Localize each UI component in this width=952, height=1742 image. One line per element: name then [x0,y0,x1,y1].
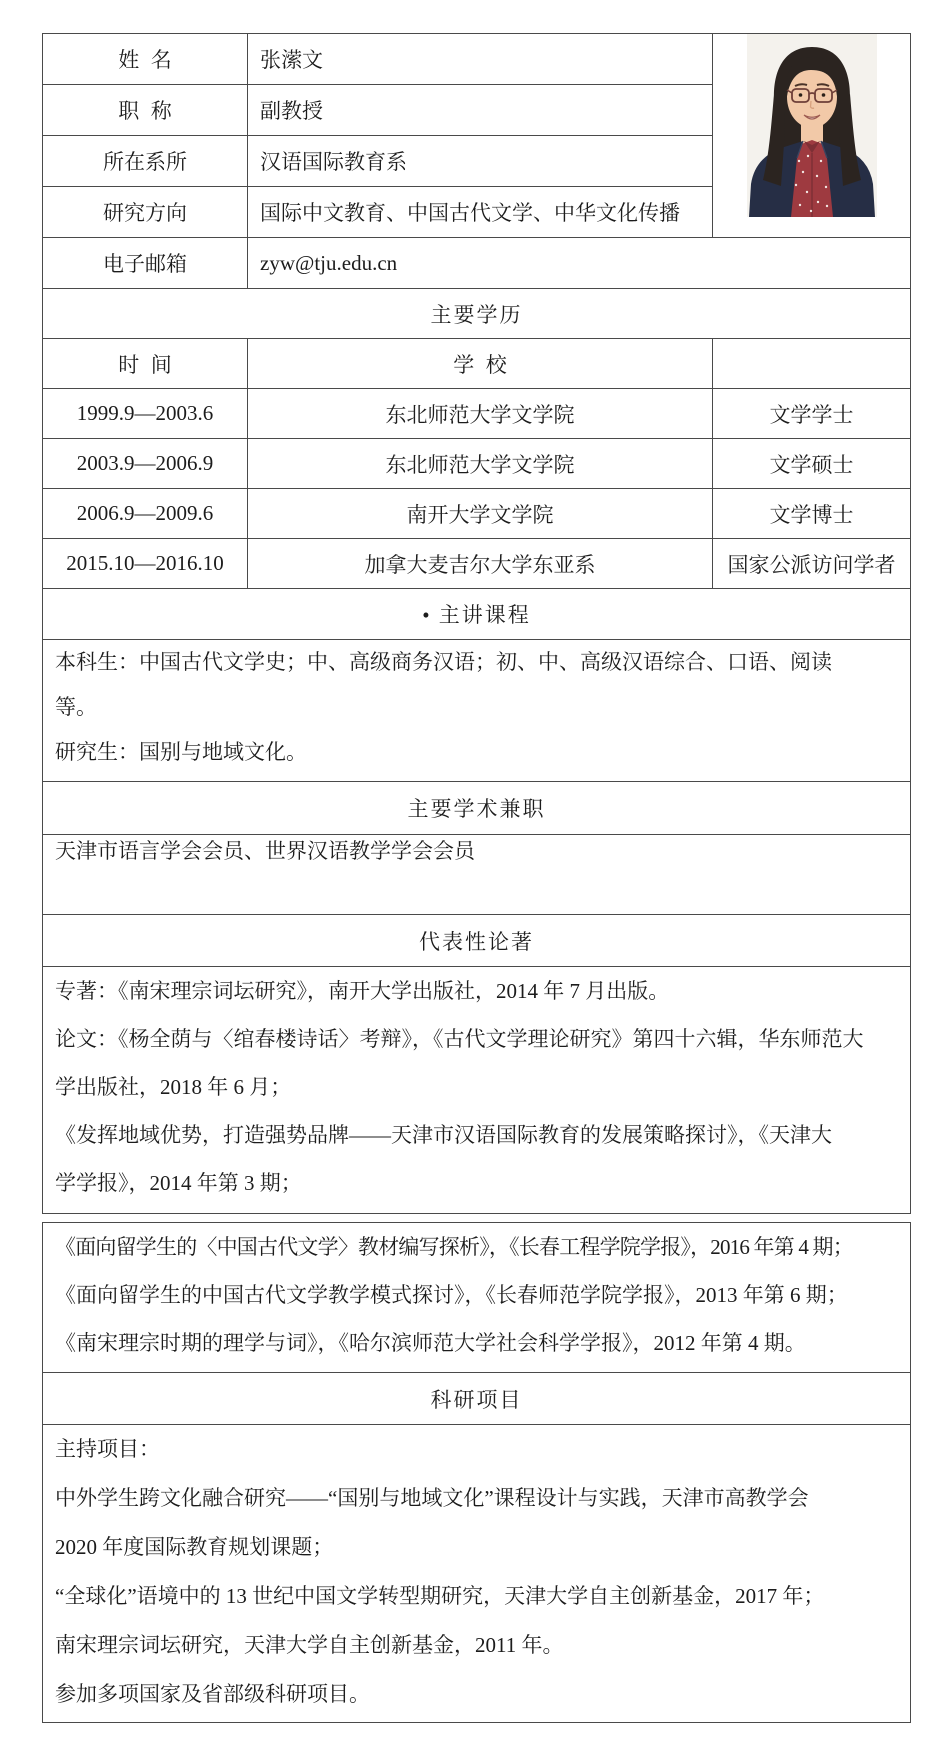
education-time: 2003.9—2006.9 [43,439,248,489]
section-header-publications: 代表性论著 [43,915,911,967]
education-result: 文学硕士 [713,439,911,489]
faculty-profile-page: 姓名 张潆文 [42,33,910,1723]
section-header-projects: 科研项目 [43,1373,911,1425]
project-line: 参加多项国家及省部级科研项目。 [55,1670,898,1719]
table-row: 电子邮箱 zyw@tju.edu.cn [43,238,911,289]
section-header-education: 主要学历 [43,289,911,339]
courses-line: 等。 [55,685,898,730]
table-section-gap [42,1214,910,1222]
table-row: 主要学历 [43,289,911,339]
education-row: 2003.9—2006.9 东北师范大学文学院 文学硕士 [43,439,911,489]
courses-text: 本科生：中国古代文学史；中、高级商务汉语；初、中、高级汉语综合、口语、阅读 等。… [43,640,911,782]
table-row: 《面向留学生的〈中国古代文学〉教材编写探析》，《长春工程学院学报》，2016 年… [43,1223,911,1373]
section-header-memberships: 主要学术兼职 [43,782,911,835]
publication-line: 专著：《南宋理宗词坛研究》，南开大学出版社，2014 年 7 月出版。 [55,967,898,1015]
table-row: 代表性论著 [43,915,911,967]
email-label: 电子邮箱 [43,238,248,289]
profile-table-continued: 《面向留学生的〈中国古代文学〉教材编写探析》，《长春工程学院学报》，2016 年… [42,1222,911,1723]
education-time: 1999.9—2003.6 [43,389,248,439]
table-row: 时间 学校 [43,339,911,389]
section-header-courses: • 主讲课程 [43,589,911,640]
portrait-photo [747,34,877,217]
education-result: 文学博士 [713,489,911,539]
table-row: 天津市语言学会会员、世界汉语教学学会会员 [43,835,911,915]
publication-line: 学学报》，2014 年第 3 期； [55,1159,898,1207]
photo-cell [713,34,911,238]
publication-line: 《发挥地域优势，打造强势品牌——天津市汉语国际教育的发展策略探讨》，《天津大 [55,1111,898,1159]
table-row: 科研项目 [43,1373,911,1425]
department-label: 所在系所 [43,136,248,187]
education-school: 东北师范大学文学院 [248,389,713,439]
education-header-school: 学校 [248,339,713,389]
name-value: 张潆文 [248,34,713,85]
courses-line: 本科生：中国古代文学史；中、高级商务汉语；初、中、高级汉语综合、口语、阅读 [55,640,898,685]
table-row: 姓名 张潆文 [43,34,911,85]
education-header-result [713,339,911,389]
profile-table: 姓名 张潆文 [42,33,911,1214]
publication-line: 论文：《杨全荫与〈绾春楼诗话〉考辩》，《古代文学理论研究》第四十六辑，华东师范大 [55,1015,898,1063]
table-row: 主要学术兼职 [43,782,911,835]
publication-line: 《面向留学生的中国古代文学教学模式探讨》，《长春师范学院学报》，2013 年第 … [55,1271,898,1319]
education-result: 文学学士 [713,389,911,439]
courses-line: 研究生：国别与地域文化。 [55,730,898,775]
education-school: 东北师范大学文学院 [248,439,713,489]
eye-right [821,93,825,97]
table-row: 主持项目： 中外学生跨文化融合研究——“国别与地域文化”课程设计与实践，天津市高… [43,1425,911,1723]
publications-part1: 专著：《南宋理宗词坛研究》，南开大学出版社，2014 年 7 月出版。 论文：《… [43,967,911,1214]
table-row: 专著：《南宋理宗词坛研究》，南开大学出版社，2014 年 7 月出版。 论文：《… [43,967,911,1214]
education-row: 2015.10—2016.10 加拿大麦吉尔大学东亚系 国家公派访问学者 [43,539,911,589]
education-school: 南开大学文学院 [248,489,713,539]
name-label: 姓名 [43,34,248,85]
publications-part2: 《面向留学生的〈中国古代文学〉教材编写探析》，《长春工程学院学报》，2016 年… [43,1223,911,1373]
education-header-time: 时间 [43,339,248,389]
education-time: 2006.9—2009.6 [43,489,248,539]
memberships-text: 天津市语言学会会员、世界汉语教学学会会员 [43,835,911,915]
project-line: 南宋理宗词坛研究，天津大学自主创新基金，2011 年。 [55,1621,898,1670]
table-row: • 主讲课程 [43,589,911,640]
publication-line: 学出版社，2018 年 6 月； [55,1063,898,1111]
project-line: 主持项目： [55,1425,898,1474]
title-label: 职称 [43,85,248,136]
education-result: 国家公派访问学者 [713,539,911,589]
education-row: 2006.9—2009.6 南开大学文学院 文学博士 [43,489,911,539]
projects-text: 主持项目： 中外学生跨文化融合研究——“国别与地域文化”课程设计与实践，天津市高… [43,1425,911,1723]
project-line: 2020 年度国际教育规划课题； [55,1523,898,1572]
research-direction-label: 研究方向 [43,187,248,238]
email-value: zyw@tju.edu.cn [248,238,911,289]
project-line: 中外学生跨文化融合研究——“国别与地域文化”课程设计与实践，天津市高教学会 [55,1474,898,1523]
table-row: 本科生：中国古代文学史；中、高级商务汉语；初、中、高级汉语综合、口语、阅读 等。… [43,640,911,782]
department-value: 汉语国际教育系 [248,136,713,187]
eye-left [798,93,802,97]
publication-line: 《南宋理宗时期的理学与词》，《哈尔滨师范大学社会科学学报》，2012 年第 4 … [55,1319,898,1367]
project-line: “全球化”语境中的 13 世纪中国文学转型期研究，天津大学自主创新基金，2017… [55,1572,898,1621]
education-row: 1999.9—2003.6 东北师范大学文学院 文学学士 [43,389,911,439]
research-direction-value: 国际中文教育、中国古代文学、中华文化传播 [248,187,713,238]
education-time: 2015.10—2016.10 [43,539,248,589]
title-value: 副教授 [248,85,713,136]
education-school: 加拿大麦吉尔大学东亚系 [248,539,713,589]
publication-line: 《面向留学生的〈中国古代文学〉教材编写探析》，《长春工程学院学报》，2016 年… [55,1223,898,1271]
